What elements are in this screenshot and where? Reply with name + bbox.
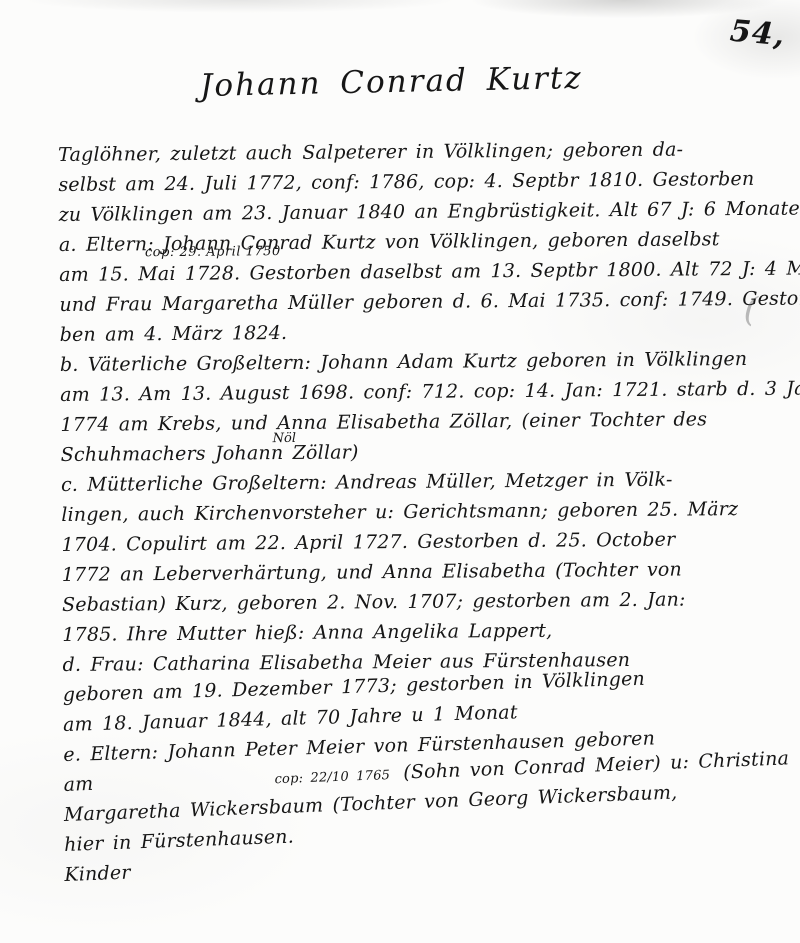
name-correction-note: Nöl [273,431,296,446]
manuscript-line: Sebastian) Kurz, geboren 2. Nov. 1707; g… [62,584,778,620]
page-title: Johann Conrad Kurtz [200,60,583,104]
manuscript-line: 1774 am Krebs, und Anna Elisabetha Zölla… [60,404,776,440]
manuscript-line: und Frau Margaretha Müller geboren d. 6.… [59,284,775,320]
insertion-line-prefix: am [63,773,94,796]
marriage-date-insertion: cop: 22/10 1765 [274,768,390,787]
scan-artifact-mark: ( [743,290,759,331]
manuscript-body: Taglöhner, zuletzt auch Salpeterer in Vö… [58,134,781,890]
page-number: 54, [729,14,787,54]
manuscript-page: 54, Johann Conrad Kurtz Taglöhner, zulet… [0,0,800,943]
interlinear-cop-note: cop: 29. April 1750 [145,244,281,260]
